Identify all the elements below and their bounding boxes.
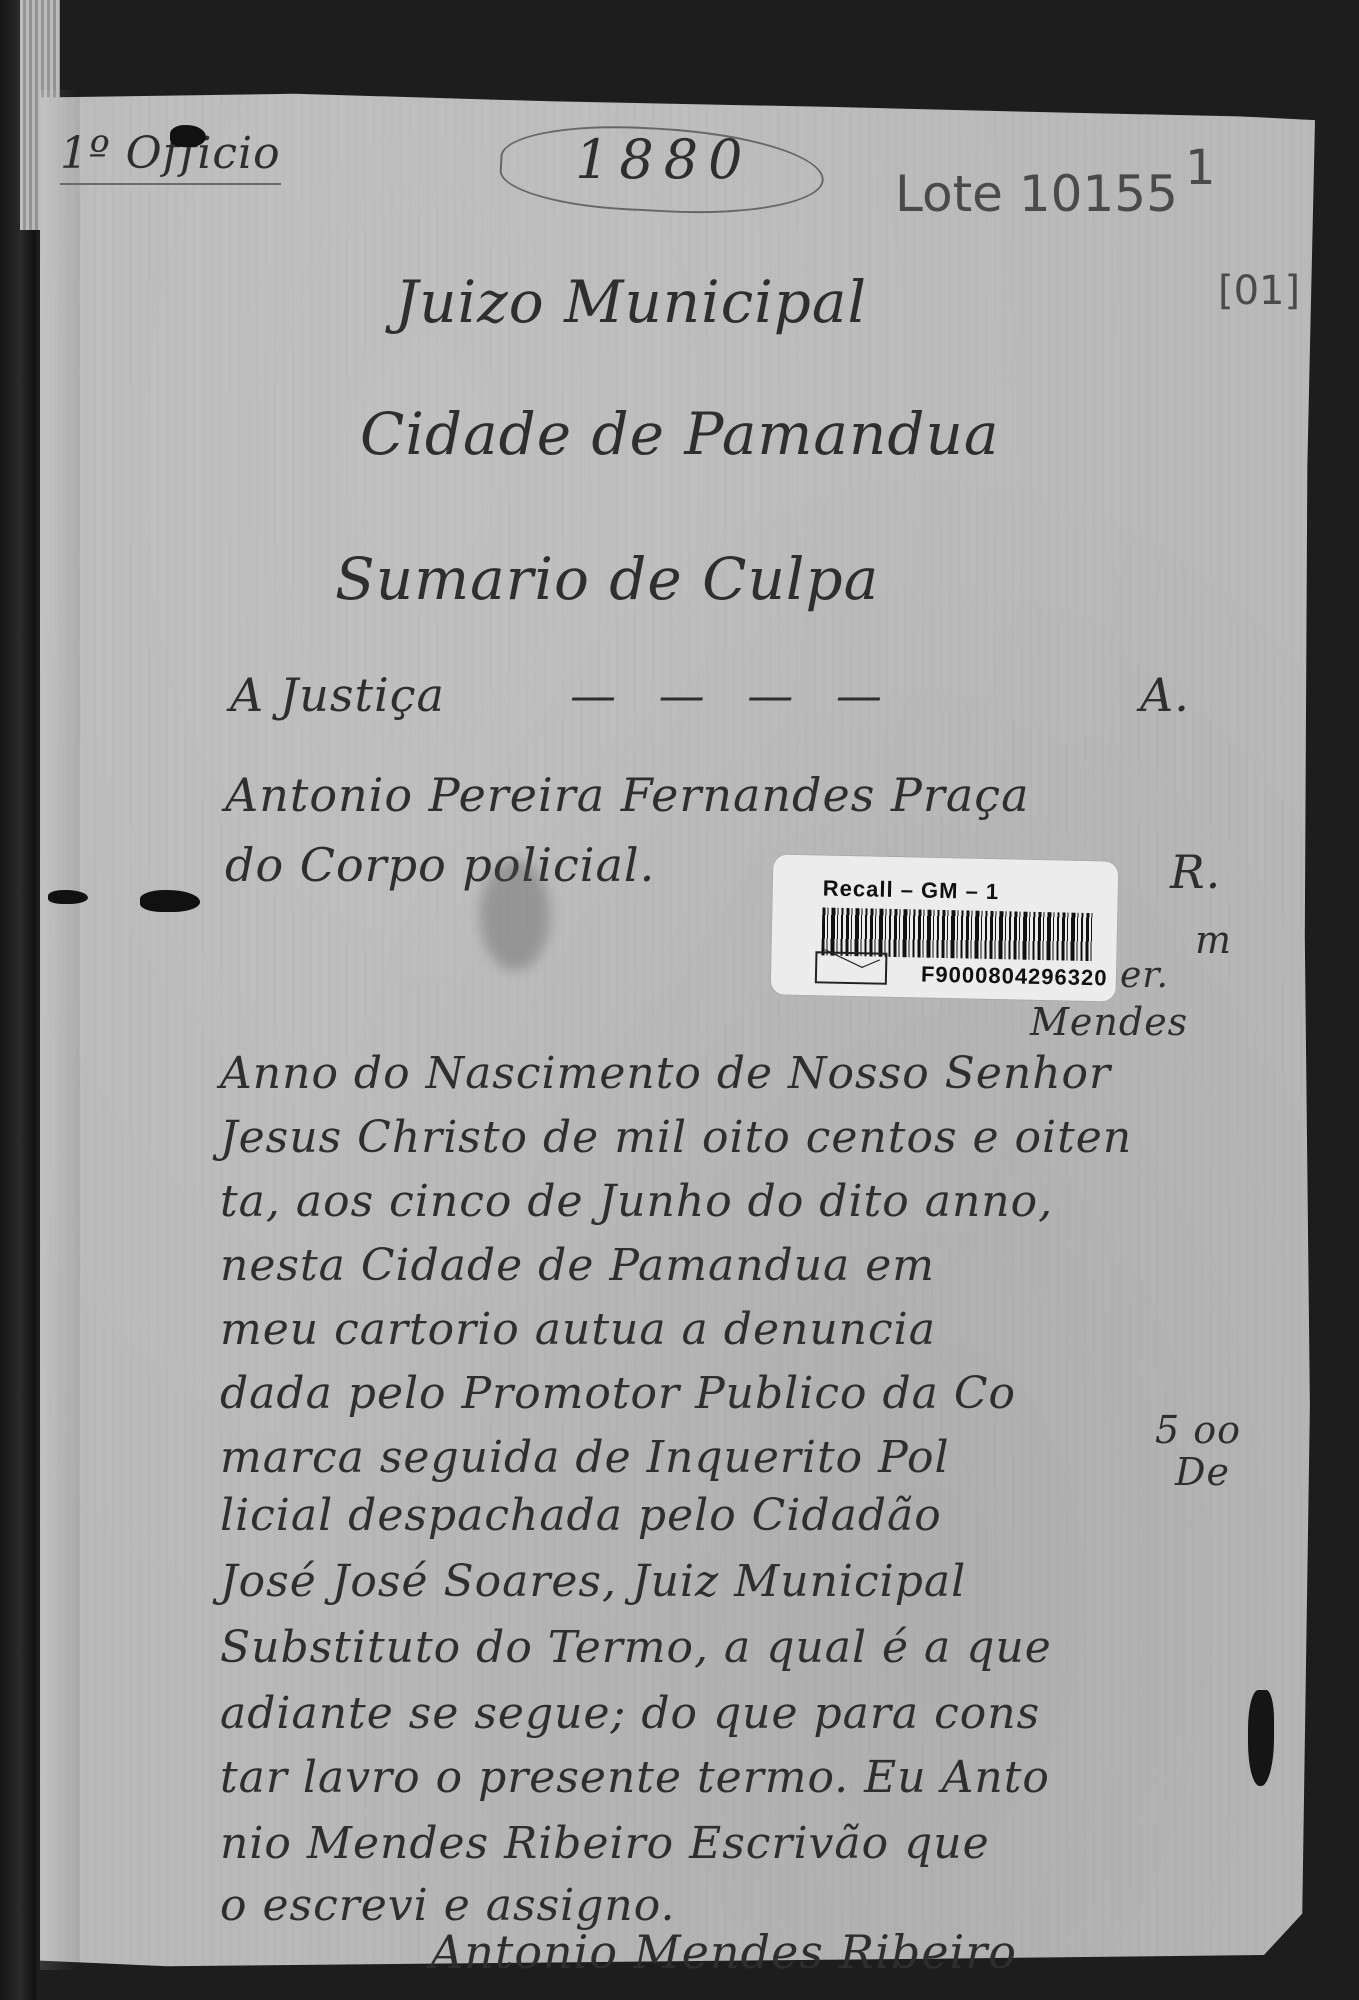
paper-hole [1248,1690,1274,1786]
lot-number: Lote 10155 [895,165,1178,223]
body-line: José José Soares, Juiz Municipal [220,1556,966,1607]
margin-note: m [1195,918,1232,962]
barcode-number: F9000804296320 [921,962,1108,992]
barcode-sticker: Recall – GM – 1 F9000804296320 [771,854,1119,1001]
margin-note: 5 oo [1155,1408,1241,1452]
body-line: Substituto do Termo, a qual é a que [220,1622,1052,1673]
body-line: nio Mendes Ribeiro Escrivão que [220,1818,990,1869]
envelope-icon [815,951,888,985]
margin-note: De [1175,1450,1230,1494]
ink-blot [48,890,88,904]
plaintiff-name: A Justiça [230,668,445,722]
sticker-title: Recall – GM – 1 [823,875,1000,905]
binding-spine [0,0,36,2000]
body-line: meu cartorio autua a denuncia [220,1304,936,1355]
defendant-line-2: do Corpo policial. [225,838,655,892]
body-line: o escrevi e assigno. [220,1880,675,1931]
body-line: marca seguida de Inquerito Pol [220,1432,950,1483]
ink-blot [140,890,200,912]
body-line: adiante se segue; do que para cons [220,1688,1040,1739]
folio-number: 1 [1185,140,1216,196]
year-label: 1880 [575,128,752,191]
body-line: ta, aos cinco de Junho do dito anno, [220,1176,1053,1227]
margin-note: er. [1120,955,1169,996]
court-title: Juizo Municipal [395,268,867,336]
body-line: tar lavro o presente termo. Eu Anto [220,1752,1050,1803]
body-line: licial despachada pelo Cidadão [220,1490,942,1541]
city-title: Cidade de Pamandua [360,400,999,468]
case-title: Sumario de Culpa [335,545,879,613]
defendant-mark: R. [1170,845,1221,899]
body-line: Anno do Nascimento de Nosso Senhor [220,1048,1111,1099]
ink-blot [170,125,206,147]
body-line: dada pelo Promotor Publico da Co [220,1368,1016,1419]
body-line: nesta Cidade de Pamandua em [220,1240,935,1291]
plaintiff-dashes: — — — — [570,668,896,722]
water-stain [480,860,550,970]
plaintiff-mark: A. [1140,668,1190,722]
defendant-line-1: Antonio Pereira Fernandes Praça [225,768,1030,822]
page-fold-shadow [40,90,80,1970]
body-line: Jesus Christo de mil oito centos e oiten [220,1112,1132,1163]
signature: Antonio Mendes Ribeiro [430,1925,1017,1979]
margin-note: Mendes [1030,1000,1188,1044]
page-number: [01] [1218,268,1300,314]
